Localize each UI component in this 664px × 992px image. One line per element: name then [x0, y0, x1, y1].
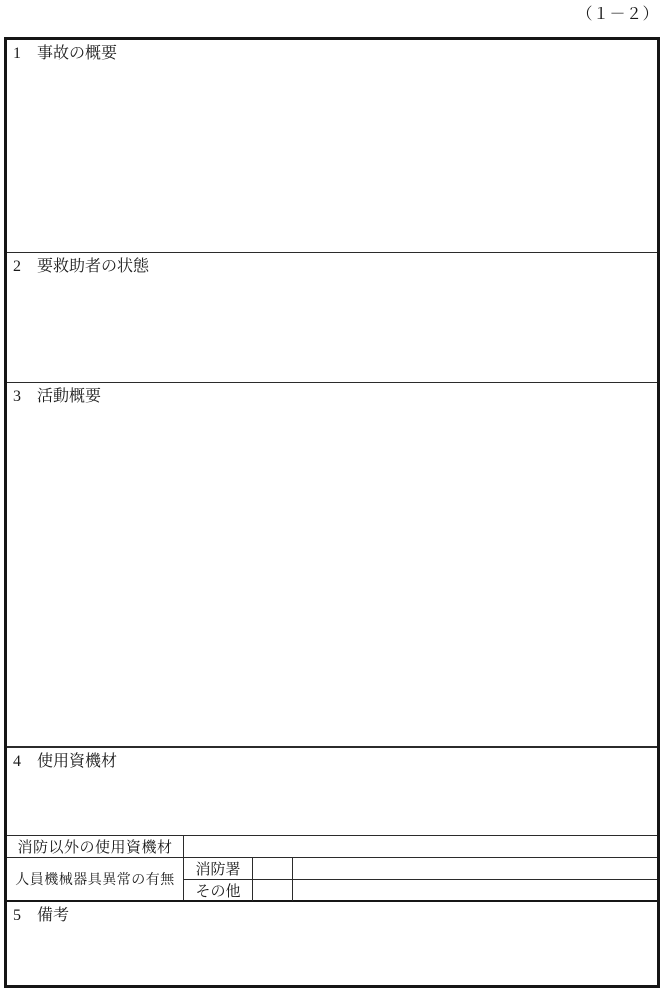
section-title: 備考 — [37, 907, 69, 924]
other-detail-cell — [293, 880, 657, 901]
abnormality-label: 人員機械器具異常の有無 — [7, 858, 184, 900]
page-number: （１－２） — [576, 1, 659, 24]
fire-station-detail-cell — [293, 858, 657, 879]
section-title: 活動概要 — [37, 388, 101, 405]
rescue-report-form-page: （１－２） 1事故の概要 2要救助者の状態 3活動概要 4使用資機材 消防以外の… — [0, 0, 664, 992]
row-abnormality: 人員機械器具異常の有無 消防署 その他 — [7, 858, 657, 902]
section-number: 1 — [13, 45, 37, 63]
section-number: 3 — [13, 388, 37, 406]
other-label: その他 — [184, 880, 253, 901]
section-accident-overview: 1事故の概要 — [7, 40, 657, 253]
section-number: 4 — [13, 753, 37, 771]
section-title: 要救助者の状態 — [37, 258, 149, 275]
incident-report-table: 1事故の概要 2要救助者の状態 3活動概要 4使用資機材 消防以外の使用資機材 … — [4, 37, 660, 988]
section-activity-overview: 3活動概要 — [7, 383, 657, 748]
fire-station-check-cell — [253, 858, 293, 879]
section-title: 使用資機材 — [37, 753, 117, 770]
non-fire-equipment-value-cell — [184, 836, 657, 857]
other-row: その他 — [184, 880, 657, 901]
abnormality-entries: 消防署 その他 — [184, 858, 657, 900]
fire-station-row: 消防署 — [184, 858, 657, 880]
section-remarks: 5備考 — [7, 902, 657, 985]
row-non-fire-equipment: 消防以外の使用資機材 — [7, 836, 657, 858]
section-number: 2 — [13, 258, 37, 276]
section-victim-condition: 2要救助者の状態 — [7, 253, 657, 383]
other-check-cell — [253, 880, 293, 901]
section-number: 5 — [13, 907, 37, 925]
section-title: 事故の概要 — [37, 45, 117, 62]
fire-station-label: 消防署 — [184, 858, 253, 879]
non-fire-equipment-label: 消防以外の使用資機材 — [7, 836, 184, 857]
section-equipment-used: 4使用資機材 — [7, 748, 657, 836]
